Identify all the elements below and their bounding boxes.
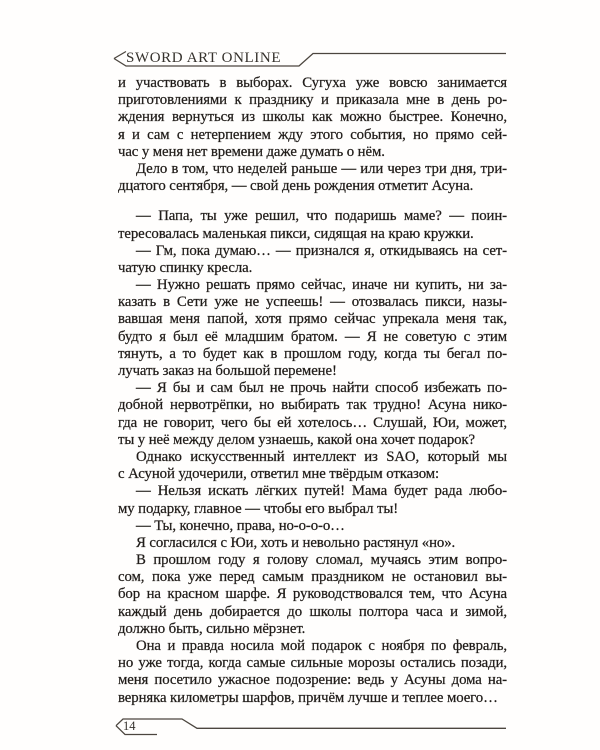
running-header-title: SWORD ART ONLINE [126, 50, 281, 67]
text-line: — Я бы и сам был не прочь найти способ и… [118, 380, 507, 397]
text-line: тересовалась маленькая пикси, сидящая на… [118, 226, 507, 243]
text-line: — Гм, пока думаю… — признался я, откидыв… [118, 243, 507, 260]
text-line: лучать заказ на большой перемене! [118, 363, 507, 380]
text-line: будто я был её младшим братом. — Я не со… [118, 329, 507, 346]
text-line: В прошлом году я голову сломал, мучаясь … [118, 552, 507, 569]
paragraph: — Я бы и сам был не прочь найти способ и… [118, 380, 507, 449]
paragraph: — Гм, пока думаю… — признался я, откидыв… [118, 243, 507, 277]
text-line: каждый день добирается до школы полтора … [118, 604, 507, 621]
text-line: вавшая меня папой, хотя прямо сейчас упр… [118, 311, 507, 328]
text-line: час у меня нет времени даже думать о нём… [118, 144, 507, 161]
paragraph: — Нужно решать прямо сейчас, иначе ни ку… [118, 277, 507, 380]
text-line: ждения вернуться из школы как можно быст… [118, 109, 507, 126]
text-line: Дело в том, что неделей раньше — или чер… [118, 161, 507, 178]
footer-rule-line [116, 719, 506, 728]
text-line: я и сам с нетерпением жду этого события,… [118, 127, 507, 144]
text-line: — Нельзя искать лёгких путей! Мама будет… [118, 483, 507, 500]
text-line: — Папа, ты уже решил, что подаришь маме?… [118, 208, 507, 225]
text-line: му подарку, главное — чтобы его выбрал т… [118, 501, 507, 518]
header-chevron-icon [114, 52, 126, 59]
paragraph: Дело в том, что неделей раньше — или чер… [118, 161, 507, 195]
text-line: и участвовать в выборах. Сугуха уже вовс… [118, 75, 507, 92]
text-line: добной нервотрёпки, но выбирать так труд… [118, 397, 507, 414]
text-line: ты у неё между делом узнаешь, какой она … [118, 432, 507, 449]
text-line: тянуть, а то будет как в прошлом году, к… [118, 346, 507, 363]
text-line: но уже тогда, когда самые сильные морозы… [118, 655, 507, 672]
text-line: гда не говорит, чего бы ей хотелось… Слу… [118, 415, 507, 432]
paragraph: — Нельзя искать лёгких путей! Мама будет… [118, 483, 507, 517]
text-line: меня посетило ужасное подозрение: ведь у… [118, 672, 507, 689]
paragraph: Однако искусственный интеллект из SAO, к… [118, 449, 507, 483]
paragraph: Я согласился с Юи, хоть и невольно растя… [118, 535, 507, 552]
paragraph: В прошлом году я голову сломал, мучаясь … [118, 552, 507, 638]
text-line: дцатого сентября, — свой день рождения о… [118, 178, 507, 195]
paragraph: и участвовать в выборах. Сугуха уже вовс… [118, 75, 507, 161]
page-body-text: и участвовать в выборах. Сугуха уже вовс… [118, 75, 507, 707]
text-line: с Асуной удочерили, ответил мне твёрдым … [118, 466, 507, 483]
text-line: должно быть, сильно мёрзнет. [118, 621, 507, 638]
text-line: казать в Сети уже не успеешь! — отозвала… [118, 294, 507, 311]
paragraph: — Папа, ты уже решил, что подаришь маме?… [118, 208, 507, 242]
text-line: верняка километры шарфов, причём лучше и… [118, 690, 507, 707]
text-line: бор на красном шарфе. Я руководствовался… [118, 586, 507, 603]
page-number: 14 [123, 719, 136, 734]
paragraph: Она и правда носила мой подарок с ноября… [118, 638, 507, 707]
text-line: — Ты, конечно, права, но-о-о-о… [118, 518, 507, 535]
book-page: SWORD ART ONLINE и участвовать в выборах… [0, 0, 600, 750]
paragraph: — Ты, конечно, права, но-о-о-о… [118, 518, 507, 535]
text-line: — Нужно решать прямо сейчас, иначе ни ку… [118, 277, 507, 294]
text-line: Она и правда носила мой подарок с ноября… [118, 638, 507, 655]
text-line: сом, пока уже перед самым праздником не … [118, 569, 507, 586]
scene-break [118, 195, 507, 208]
text-line: Однако искусственный интеллект из SAO, к… [118, 449, 507, 466]
text-line: Я согласился с Юи, хоть и невольно растя… [118, 535, 507, 552]
text-line: чатую спинку кресла. [118, 260, 507, 277]
text-line: приготовлениями к празднику и приказала … [118, 92, 507, 109]
